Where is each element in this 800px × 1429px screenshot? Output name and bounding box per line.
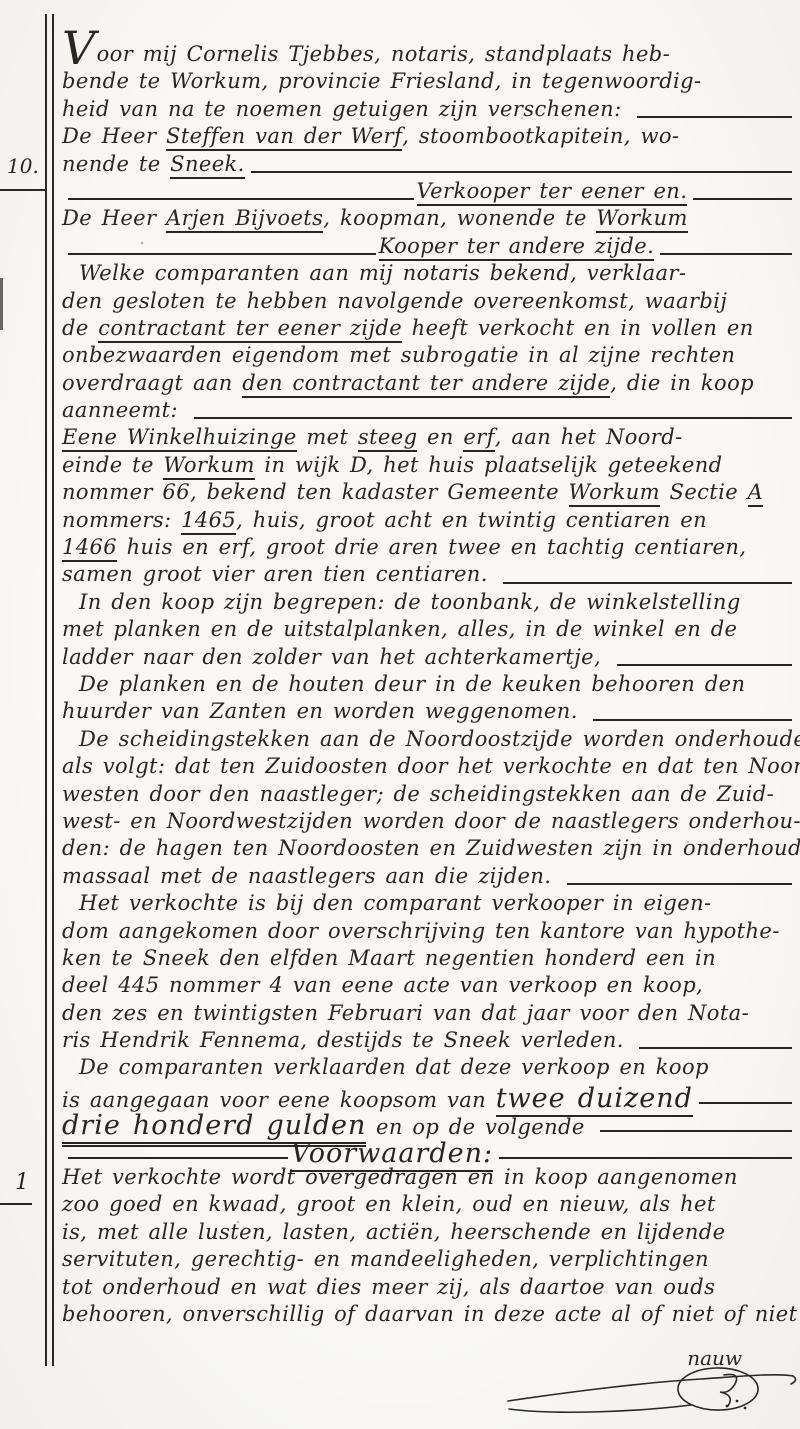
handwriting-text: de	[62, 316, 98, 340]
handwriting-text: ken te Sneek den elfden Maart negentien …	[62, 946, 716, 970]
handwriting-text: deel 445 nommer 4 van eene acte van verk…	[62, 973, 703, 997]
text-line: dom aangekomen door overschrijving ten k…	[62, 919, 795, 946]
text-line: samen groot vier aren tien centiaren.	[62, 562, 795, 589]
handwriting-text: Eene Winkelhuizinge	[62, 425, 297, 452]
handwriting-text: ladder naar den zolder van het achterkam…	[62, 645, 611, 669]
handwriting-text: A	[748, 480, 764, 507]
scan-edge-artifact	[0, 278, 3, 330]
handwriting-text: servituten, gerechtig- en mandeeligheden…	[62, 1247, 709, 1271]
rule-filler	[693, 198, 792, 200]
handwriting-text: nommers:	[62, 508, 181, 532]
text-line: Voor mij Cornelis Tjebbes, notaris, stan…	[62, 42, 795, 69]
text-line: aanneemt:	[62, 398, 795, 425]
margin-rule-outer	[45, 14, 47, 1366]
text-line: 1466 huis en erf, groot drie aren twee e…	[62, 535, 795, 562]
handwriting-text: steeg	[358, 425, 418, 452]
handwriting-text: is, met alle lusten, lasten, actiën, hee…	[62, 1220, 725, 1244]
handwriting-text: De Heer	[62, 124, 166, 148]
text-line: nommers: 1465, huis, groot acht en twint…	[62, 508, 795, 535]
margin-article-number: 1	[15, 1170, 29, 1195]
text-line: In den koop zijn begrepen: de toonbank, …	[62, 590, 795, 617]
handwriting-text: Sectie	[660, 480, 748, 504]
text-line: de contractant ter eener zijde heeft ver…	[62, 316, 795, 343]
text-line: is aangegaan voor eene koopsom van twee …	[62, 1083, 795, 1110]
handwriting-text: Kooper ter andere zijde.	[379, 234, 655, 261]
rule-filler	[194, 417, 792, 419]
handwriting-text: en op de volgende	[366, 1115, 594, 1139]
handwriting-text: erf	[463, 425, 494, 452]
text-line: servituten, gerechtig- en mandeeligheden…	[62, 1247, 795, 1274]
text-line: De Heer Arjen Bijvoets, koopman, wonende…	[62, 206, 795, 233]
text-line: massaal met de naastlegers aan die zijde…	[62, 864, 795, 891]
handwriting-text: Het verkochte is bij den comparant verko…	[79, 891, 712, 915]
handwriting-text: Het verkochte wordt overgedragen en in k…	[62, 1165, 738, 1189]
text-line: ris Hendrik Fennema, destijds te Sneek v…	[62, 1028, 795, 1055]
rule-filler	[699, 1102, 792, 1104]
text-line: heid van na te noemen getuigen zijn vers…	[62, 97, 795, 124]
rule-filler	[68, 253, 376, 255]
rule-filler	[600, 1130, 792, 1132]
text-line: De planken en de houten deur in de keuke…	[62, 672, 795, 699]
handwriting-text: den gesloten te hebben navolgende overee…	[62, 289, 727, 313]
handwriting-text: als volgt: dat ten Zuidoosten door het v…	[62, 754, 800, 778]
handwriting-text: en	[417, 425, 463, 449]
text-line: Het verkochte wordt overgedragen en in k…	[62, 1165, 795, 1192]
handwriting-text: westen door den naastleger; de scheiding…	[62, 782, 774, 806]
text-line: bende te Workum, provincie Friesland, in…	[62, 69, 795, 96]
text-line: De Heer Steffen van der Werf, stoombootk…	[62, 124, 795, 151]
handwriting-text: met	[297, 425, 358, 449]
handwriting-text: Steffen van der Werf	[166, 124, 402, 151]
handwriting-text: met planken en de uitstalplanken, alles,…	[62, 617, 737, 641]
text-line: tot onderhoud en wat dies meer zij, als …	[62, 1275, 795, 1302]
handwriting-text: onbezwaarden eigendom met subrogatie in …	[62, 343, 735, 367]
handwriting-text: In den koop zijn begrepen: de toonbank, …	[79, 590, 741, 614]
text-line: nende te Sneek.	[62, 152, 795, 179]
rule-filler	[68, 1157, 288, 1159]
handwriting-text: De comparanten verklaarden dat deze verk…	[79, 1055, 709, 1079]
handwriting-text: Workum	[596, 206, 687, 233]
handwriting-text: 1465	[181, 508, 236, 535]
handwriting-text: 1466	[62, 535, 117, 562]
handwriting-text: aanneemt:	[62, 398, 188, 422]
handwriting-text: nommer 66, bekend ten kadaster Gemeente	[62, 480, 569, 504]
handwriting-text: De planken en de houten deur in de keuke…	[79, 672, 745, 696]
text-line: behooren, onverschillig of daarvan in de…	[62, 1302, 795, 1329]
handwriting-text: oor mij Cornelis Tjebbes, notaris, stand…	[97, 42, 670, 66]
text-line: Kooper ter andere zijde.	[62, 234, 795, 261]
handwriting-text: west- en Noordwestzijden worden door de …	[62, 809, 800, 833]
margin-rule-inner	[52, 14, 54, 1366]
text-line: met planken en de uitstalplanken, alles,…	[62, 617, 795, 644]
text-line: deel 445 nommer 4 van eene acte van verk…	[62, 973, 795, 1000]
handwriting-text: , die in koop	[610, 371, 754, 395]
text-line: Welke comparanten aan mij notaris bekend…	[62, 261, 795, 288]
handwriting-text: Verkooper ter eener en.	[417, 179, 688, 206]
handwriting-text: bende te Workum, provincie Friesland, in…	[62, 69, 702, 93]
text-line: als volgt: dat ten Zuidoosten door het v…	[62, 754, 795, 781]
handwriting-text: behooren, onverschillig of daarvan in de…	[62, 1302, 797, 1326]
rule-filler	[617, 664, 792, 666]
text-line: overdraagt aan den contractant ter ander…	[62, 371, 795, 398]
handwriting-text: den contractant ter andere zijde	[242, 371, 610, 398]
handwriting-text: twee duizend	[496, 1083, 693, 1117]
rule-filler	[593, 719, 792, 721]
handwriting-text: Workum	[163, 453, 254, 480]
rule-filler	[567, 883, 792, 885]
rule-filler	[660, 253, 792, 255]
text-line: den: de hagen ten Noordoosten en Zuidwes…	[62, 836, 795, 863]
text-line: einde te Workum in wijk D, het huis plaa…	[62, 453, 795, 480]
text-line: Eene Winkelhuizinge met steeg en erf, aa…	[62, 425, 795, 452]
margin-act-number: 10.	[7, 154, 39, 178]
handwriting-text: De Heer	[62, 206, 166, 230]
text-line: onbezwaarden eigendom met subrogatie in …	[62, 343, 795, 370]
handwriting-text: , huis, groot acht en twintig centiaren …	[236, 508, 707, 532]
handwriting-text: nende te	[62, 152, 170, 176]
handwriting-text: dom aangekomen door overschrijving ten k…	[62, 919, 780, 943]
text-line: Het verkochte is bij den comparant verko…	[62, 891, 795, 918]
handwriting-text: heid van na te noemen getuigen zijn vers…	[62, 97, 631, 121]
handwriting-text: , koopman, wonende te	[323, 206, 596, 230]
handwriting-text: huurder van Zanten en worden weggenomen.	[62, 699, 587, 723]
handwriting-text: De scheidingstekken aan de Noordoostzijd…	[79, 727, 800, 751]
handwriting-text: overdraagt aan	[62, 371, 242, 395]
handwriting-text: Sneek.	[170, 152, 245, 179]
handwriting-text: Welke comparanten aan mij notaris bekend…	[79, 261, 686, 285]
text-line: ladder naar den zolder van het achterkam…	[62, 645, 795, 672]
handwriting-text: zoo goed en kwaad, groot en klein, oud e…	[62, 1192, 716, 1216]
rule-filler	[503, 582, 792, 584]
notary-signature-flourish	[505, 1360, 800, 1428]
text-lines: Voor mij Cornelis Tjebbes, notaris, stan…	[62, 42, 795, 1329]
handwriting-text: ris Hendrik Fennema, destijds te Sneek v…	[62, 1028, 633, 1052]
rule-filler	[251, 171, 792, 173]
handwriting-text: tot onderhoud en wat dies meer zij, als …	[62, 1275, 715, 1299]
text-line: zoo goed en kwaad, groot en klein, oud e…	[62, 1192, 795, 1219]
scanned-deed-page: 10. 1 Voor mij Cornelis Tjebbes, notaris…	[0, 0, 800, 1429]
text-line: Verkooper ter eener en.	[62, 179, 795, 206]
handwriting-text: massaal met de naastlegers aan die zijde…	[62, 864, 561, 888]
text-line: is, met alle lusten, lasten, actiën, hee…	[62, 1220, 795, 1247]
handwriting-text: is aangegaan voor eene koopsom van	[62, 1088, 496, 1112]
rule-filler	[639, 1047, 792, 1049]
rule-filler	[499, 1157, 792, 1159]
handwriting-text: Workum	[569, 480, 660, 507]
text-line: den gesloten te hebben navolgende overee…	[62, 289, 795, 316]
handwriting-text: samen groot vier aren tien centiaren.	[62, 562, 497, 586]
handwriting-text: huis en erf, groot drie aren twee en tac…	[117, 535, 746, 559]
text-line: huurder van Zanten en worden weggenomen.	[62, 699, 795, 726]
margin-article-number-underline	[0, 1203, 32, 1205]
text-line: ken te Sneek den elfden Maart negentien …	[62, 946, 795, 973]
handwriting-text: heeft verkocht en in vollen en	[402, 316, 754, 340]
text-line: den zes en twintigsten Februari van dat …	[62, 1001, 795, 1028]
text-line: westen door den naastleger; de scheiding…	[62, 782, 795, 809]
rule-filler	[637, 116, 792, 118]
text-line: west- en Noordwestzijden worden door de …	[62, 809, 795, 836]
text-line: nommer 66, bekend ten kadaster Gemeente …	[62, 480, 795, 507]
text-line: De comparanten verklaarden dat deze verk…	[62, 1055, 795, 1082]
rule-filler	[68, 198, 414, 200]
text-line: De scheidingstekken aan de Noordoostzijd…	[62, 727, 795, 754]
handwriting-text: den: de hagen ten Noordoosten en Zuidwes…	[62, 836, 800, 860]
handwriting-text: einde te	[62, 453, 163, 477]
handwriting-text: in wijk D, het huis plaatselijk geteeken…	[255, 453, 723, 477]
handwriting-text: Arjen Bijvoets	[166, 206, 323, 233]
margin-act-number-underline	[0, 189, 47, 191]
handwriting-text: , aan het Noord-	[495, 425, 683, 449]
handwriting-text: den zes en twintigsten Februari van dat …	[62, 1001, 749, 1025]
handwriting-text: , stoombootkapitein, wo-	[402, 124, 679, 148]
handwriting-text: contractant ter eener zijde	[98, 316, 402, 343]
